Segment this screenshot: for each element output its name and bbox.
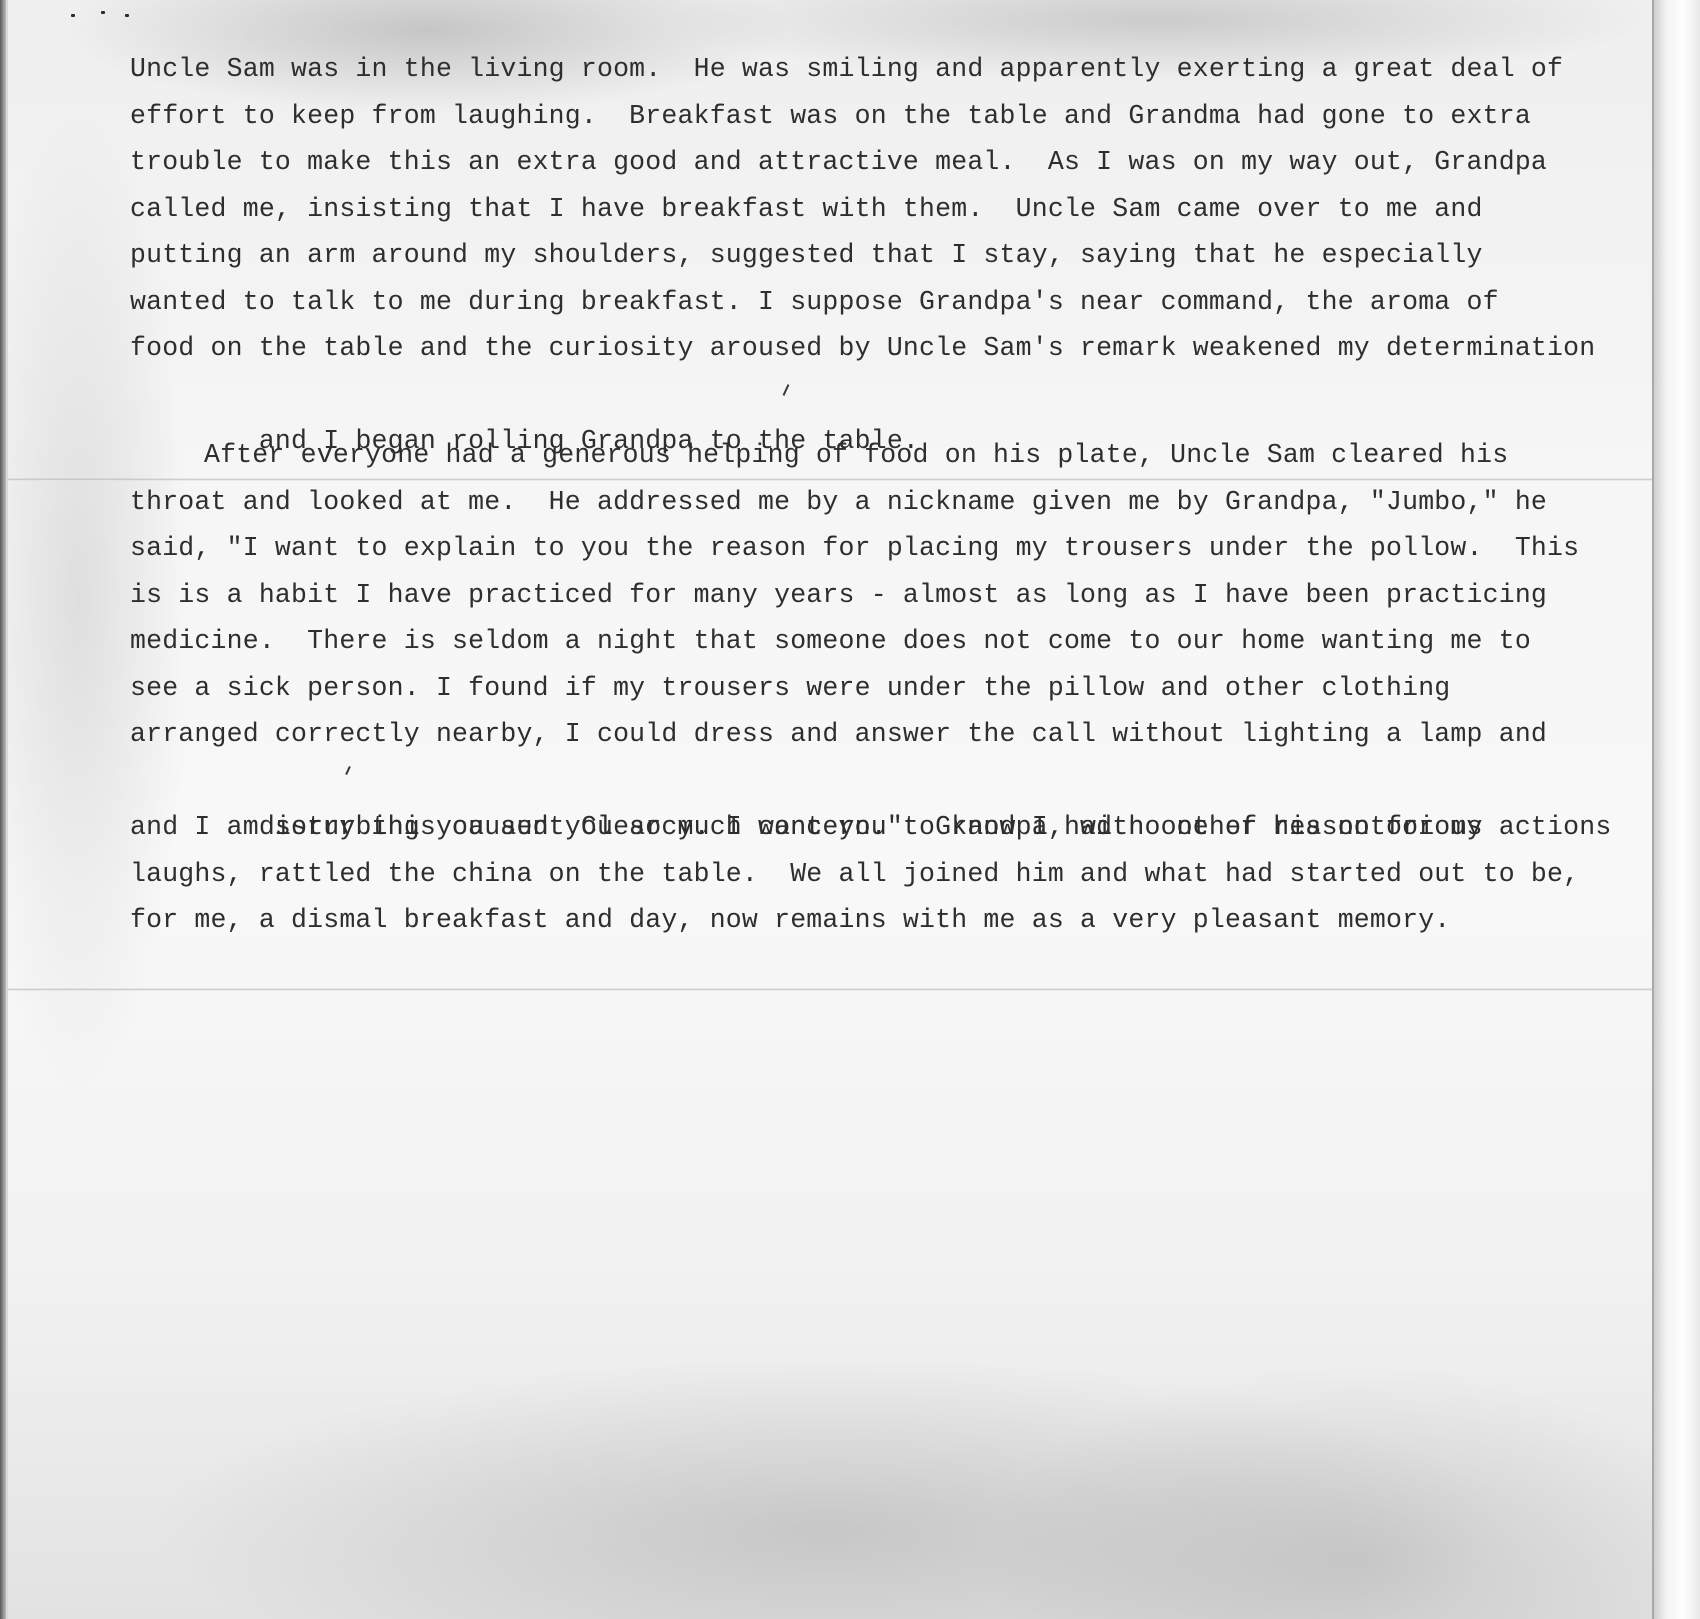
text-line: disturbing you aunt Clearcy. I want you … bbox=[130, 758, 1650, 805]
text-line: trouble to make this an extra good and a… bbox=[130, 139, 1650, 186]
scanned-page: Uncle Sam was in the living room. He was… bbox=[0, 0, 1700, 1619]
hand-tick-mark-icon bbox=[783, 384, 790, 396]
text-line: effort to keep from laughing. Breakfast … bbox=[130, 93, 1650, 140]
scan-left-edge bbox=[0, 0, 6, 1619]
hand-check-mark-icon bbox=[345, 765, 351, 774]
text-line-content: disturbing you aunt Clearcy. I want you … bbox=[259, 812, 1612, 842]
ink-specks bbox=[63, 10, 143, 22]
text-line: wanted to talk to me during breakfast. I… bbox=[130, 279, 1650, 326]
text-line: throat and looked at me. He addressed me… bbox=[130, 479, 1650, 526]
text-line: medicine. There is seldom a night that s… bbox=[130, 618, 1650, 665]
paper-fold-line bbox=[8, 988, 1652, 991]
text-line: said, "I want to explain to you the reas… bbox=[130, 525, 1650, 572]
text-line-content: and I began rolling Grandpa to the table… bbox=[259, 426, 919, 456]
text-line: putting an arm around my shoulders, sugg… bbox=[130, 232, 1650, 279]
text-line: and I began rolling Grandpa to the table… bbox=[130, 372, 1650, 419]
text-line: food on the table and the curiosity arou… bbox=[130, 325, 1650, 372]
text-line: for me, a dismal breakfast and day, now … bbox=[130, 897, 1650, 944]
text-line: is is a habit I have practiced for many … bbox=[130, 572, 1650, 619]
typed-text: Uncle Sam was in the living room. He was… bbox=[130, 46, 1650, 944]
scan-right-edge bbox=[1652, 0, 1700, 1619]
paragraph: Uncle Sam was in the living room. He was… bbox=[130, 46, 1650, 418]
ink-speck bbox=[71, 14, 75, 17]
ink-speck bbox=[125, 14, 129, 17]
paragraph: After everyone had a generous helping of… bbox=[130, 432, 1650, 944]
text-line: arranged correctly nearby, I could dress… bbox=[130, 711, 1650, 758]
text-line: see a sick person. I found if my trouser… bbox=[130, 665, 1650, 712]
text-line: Uncle Sam was in the living room. He was… bbox=[130, 46, 1650, 93]
text-line: called me, insisting that I have breakfa… bbox=[130, 186, 1650, 233]
ink-speck bbox=[101, 11, 105, 14]
text-line: laughs, rattled the china on the table. … bbox=[130, 851, 1650, 898]
